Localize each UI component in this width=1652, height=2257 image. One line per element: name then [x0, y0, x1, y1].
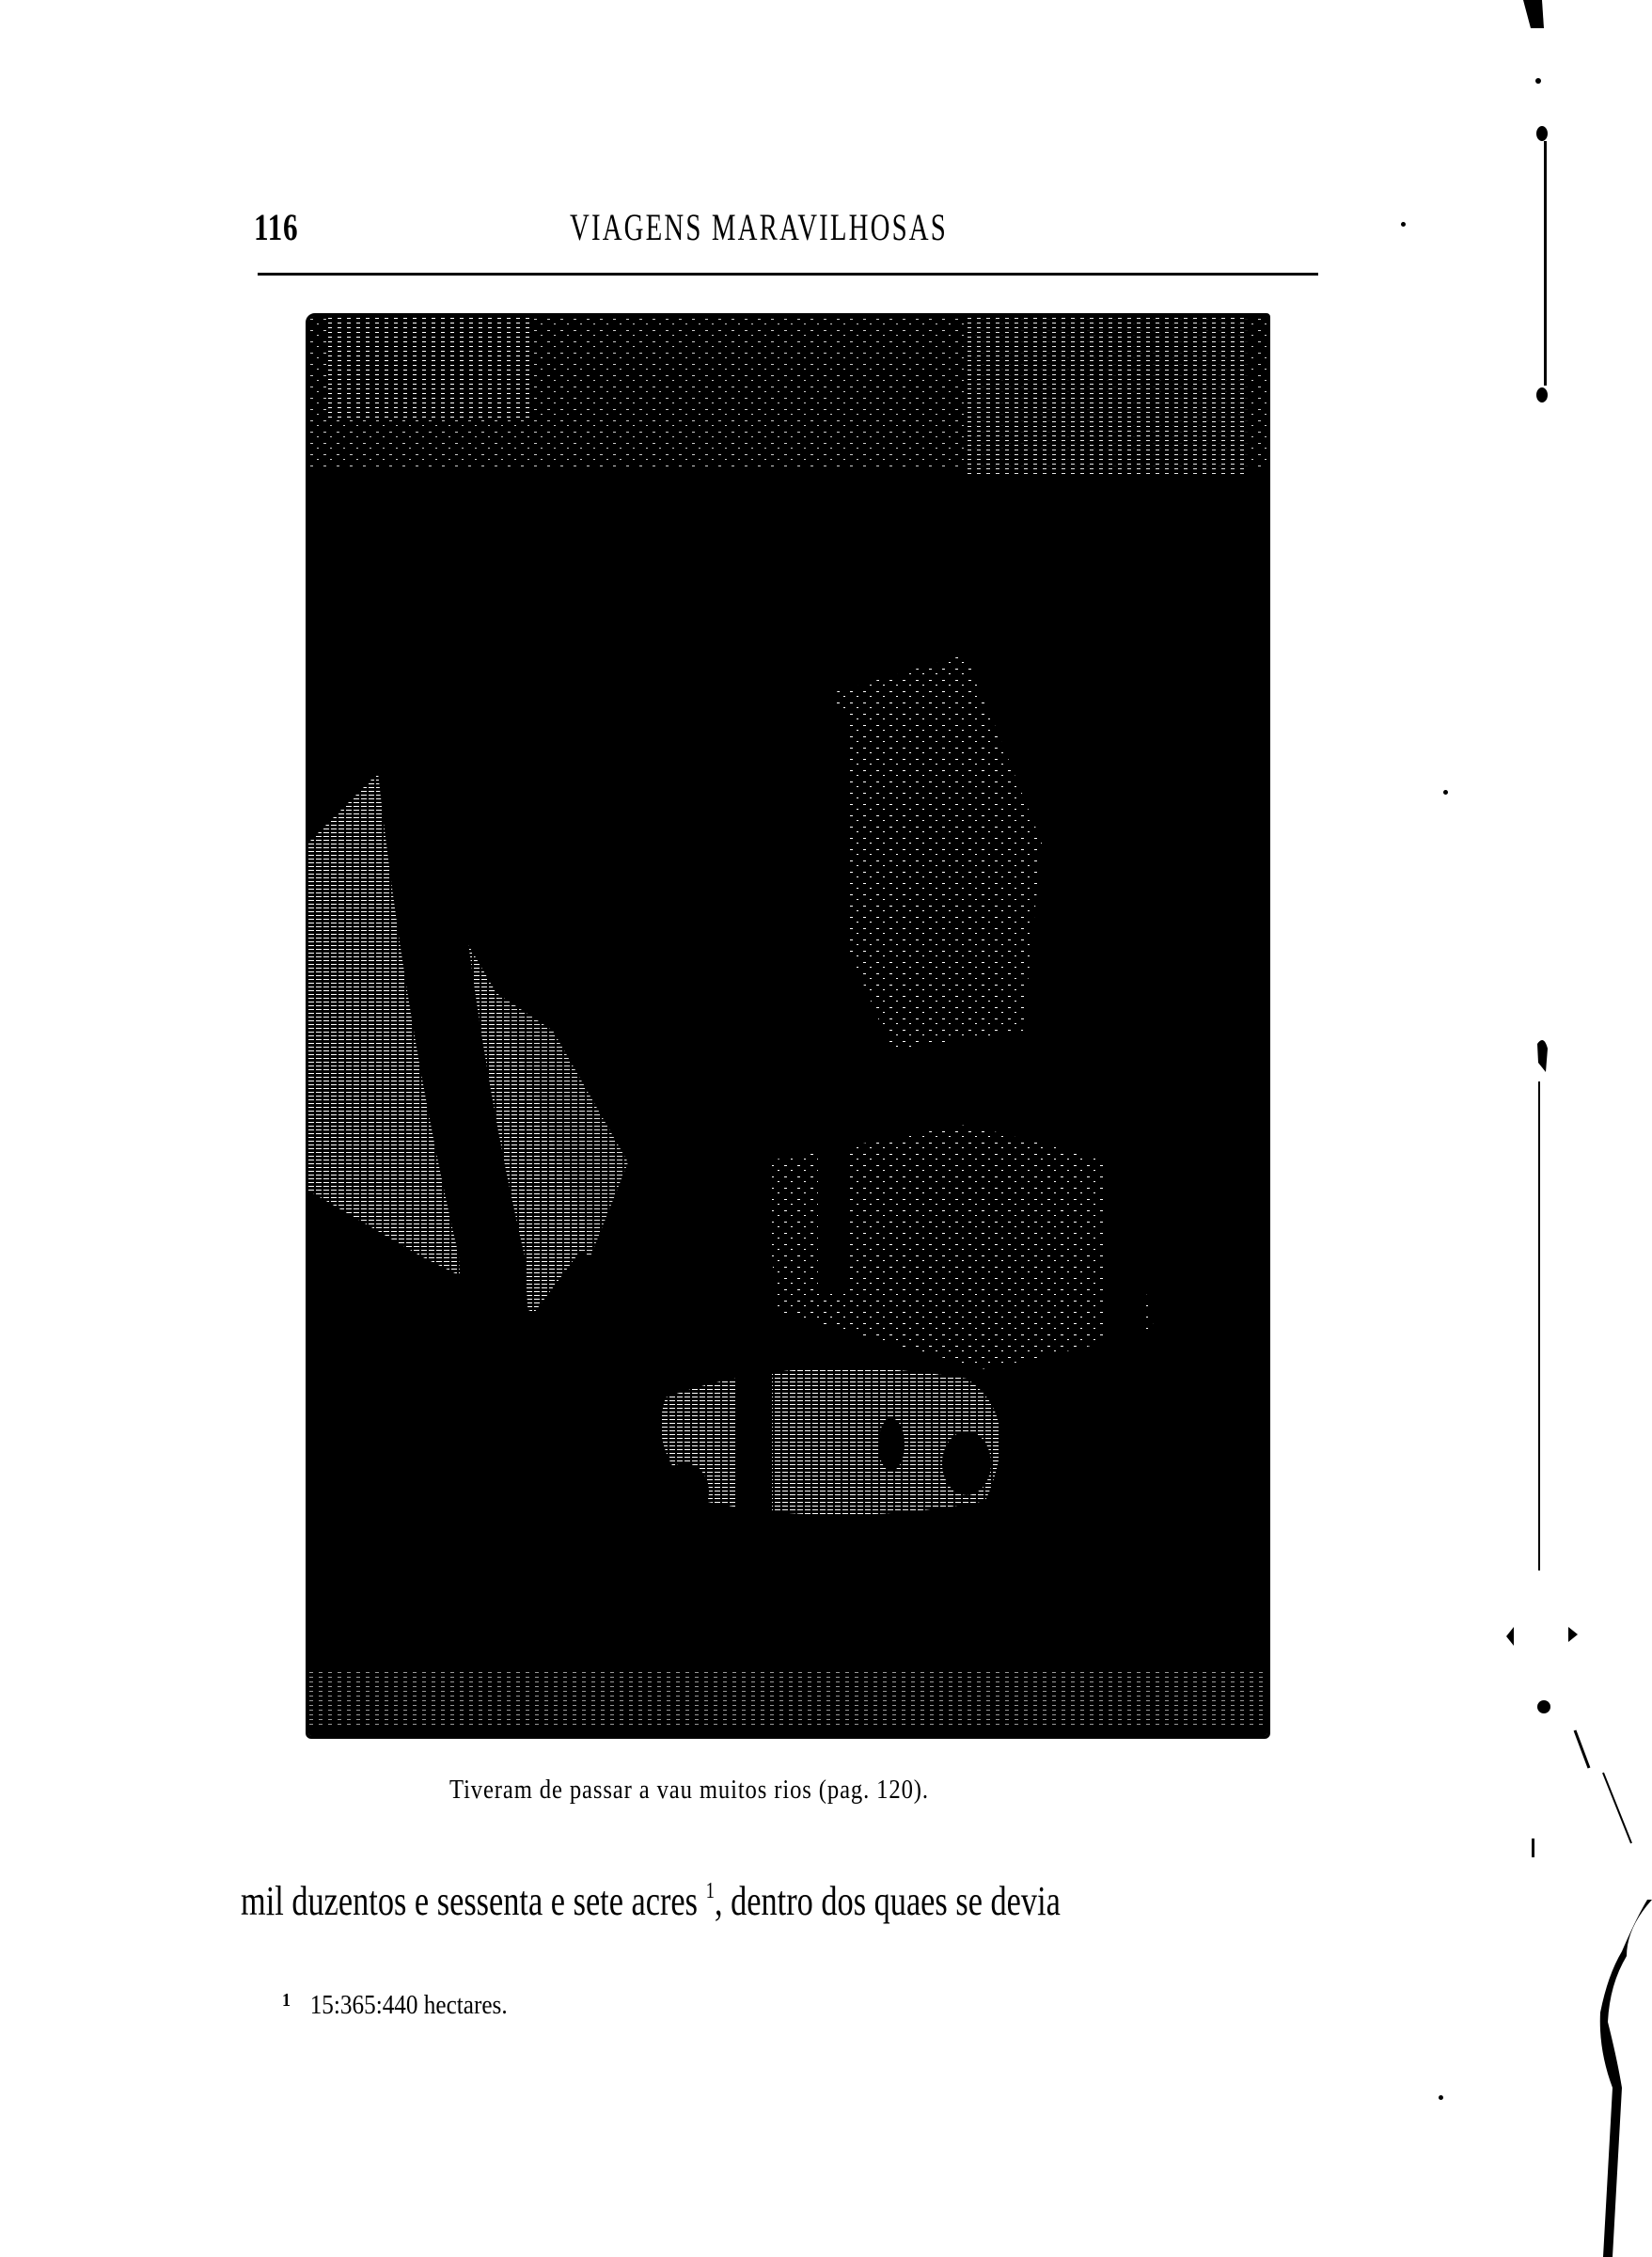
- footnote: 1 15:365:440 hectares.: [282, 1990, 508, 2021]
- footnote-reference[interactable]: 1: [706, 1879, 715, 1903]
- scan-speck: [1439, 2095, 1443, 2100]
- engraving-image: [308, 316, 1267, 1736]
- page-number: 116: [254, 205, 298, 249]
- footnote-text: 15:365:440 hectares.: [310, 1991, 508, 2020]
- figure-caption: Tiveram de passar a vau muitos rios (pag…: [449, 1776, 929, 1806]
- scan-speck: [1401, 222, 1406, 227]
- footnote-marker: 1: [282, 1990, 291, 2011]
- body-text-end: , dentro dos quaes se devia: [715, 1878, 1061, 1924]
- forest-engraving: [306, 313, 1270, 1739]
- scan-speck: [1443, 790, 1448, 795]
- body-text-line: mil duzentos e sessenta e sete acres 1, …: [241, 1877, 1061, 1925]
- body-text-start: mil duzentos e sessenta e sete acres: [241, 1878, 698, 1924]
- book-title: VIAGENS MARAVILHOSAS: [570, 205, 948, 249]
- scan-edge-artifacts: [1486, 0, 1652, 2257]
- running-head: 116 VIAGENS MARAVILHOSAS: [254, 205, 1318, 252]
- header-rule: [258, 273, 1318, 276]
